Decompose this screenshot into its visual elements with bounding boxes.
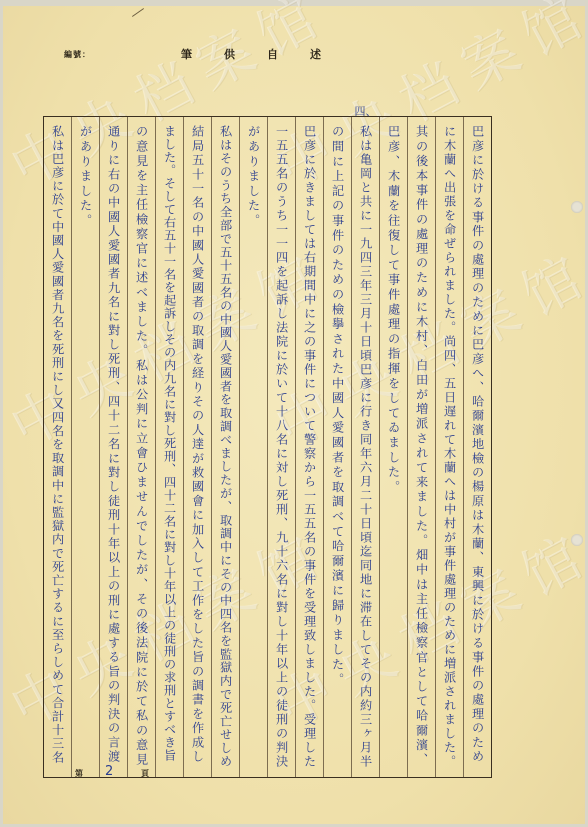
page-footer: 第 2 頁: [75, 768, 185, 779]
document-title: 筆 供 自 述: [181, 46, 321, 62]
handwritten-line: がありました。: [79, 125, 91, 229]
stray-pen-mark: [132, 8, 144, 17]
manuscript-column: 結局五十一名の中國人愛國者の取調を経りその人達が救國會に加入して工作をした旨の調…: [183, 117, 211, 777]
page-prefix: 第: [75, 768, 83, 778]
manuscript-column: 巴彦に於きましては右期間中に之の事件について警察から一五五名の事件を受理致しまし…: [295, 117, 323, 777]
title-char-2: 供: [224, 46, 235, 62]
manuscript-column: 一五五名のうち一一四を起訴し法院に於いて十八名に対し死刑、九十六名に對し十年以上…: [267, 117, 295, 777]
manuscript-column: 私は巴彦に於て中國人愛國者九名を死刑にし又四名を取調中に監獄内で死亡するに至らし…: [44, 117, 71, 777]
manuscript-column: の意見を主任檢察官に述べました。私は公判に立會ひませんでしたが、その後法院に於て…: [127, 117, 155, 777]
section-marker: 四、: [355, 103, 377, 119]
handwritten-line: の意見を主任檢察官に述べました。私は公判に立會ひませんでしたが、その後法院に於て…: [135, 125, 147, 767]
handwritten-line: 私は亀岡と共に一九四三年三月十日頃巴彦に行き同年六月二十日頃迄同地に滞在してその…: [359, 125, 371, 769]
handwritten-line: に木蘭へ出張を命ぜられました。尚四、五日遅れて木蘭へは中村が事件處理のために増派…: [443, 125, 455, 769]
binding-hole-bottom: [571, 534, 583, 546]
handwritten-line: 巴彦に於きましては右期間中に之の事件について警察から一五五名の事件を受理致しまし…: [303, 125, 315, 769]
manuscript-column: 通りに右の中國人愛國者九名に對し死刑、四十二名に對し徒刑十年以上の刑に處する旨の…: [99, 117, 127, 777]
binding-hole-top: [571, 201, 583, 213]
page-suffix: 頁: [141, 768, 149, 779]
handwritten-line: 巴彦、木蘭を往復して事件處理の指揮をしてゐました。: [387, 125, 399, 495]
handwritten-line: 其の後本事件の處理のために木村、白田が増派されて来ました。畑中は主任檢察官として…: [415, 125, 427, 767]
manuscript-column: 其の後本事件の處理のために木村、白田が増派されて来ました。畑中は主任檢察官として…: [407, 117, 435, 777]
handwritten-line: 私は巴彦に於て中國人愛國者九名を死刑にし又四名を取調中に監獄内で死亡するに至らし…: [51, 125, 63, 764]
title-char-3: 自: [267, 46, 278, 62]
manuscript-column: 四、私は亀岡と共に一九四三年三月十日頃巴彦に行き同年六月二十日頃迄同地に滞在して…: [351, 117, 379, 777]
manuscript-column: ました。そして右五十一名を起訴しその内九名に對し死刑、四十二名に對し十年以上の徒…: [155, 117, 183, 777]
manuscript-column: 巴彦に於ける事件の處理のために巴彦へ、哈爾濱地檢の楊原は木蘭、東興に於ける事件の…: [463, 117, 491, 777]
manuscript-column: がありました。: [239, 117, 267, 777]
manuscript-grid: 巴彦に於ける事件の處理のために巴彦へ、哈爾濱地檢の楊原は木蘭、東興に於ける事件の…: [43, 116, 492, 778]
handwritten-line: ました。そして右五十一名を起訴しその内九名に對し死刑、四十二名に對し十年以上の徒…: [163, 125, 175, 762]
title-char-1: 筆: [181, 46, 192, 62]
handwritten-line: 巴彦に於ける事件の處理のために巴彦へ、哈爾濱地檢の楊原は木蘭、東興に於ける事件の…: [471, 125, 483, 764]
manuscript-column: に木蘭へ出張を命ぜられました。尚四、五日遅れて木蘭へは中村が事件處理のために増派…: [435, 117, 463, 777]
manuscript-column: の間に上記の事件のための檢擧された中國人愛國者を取調べて哈爾濱に歸りました。: [323, 117, 351, 777]
manuscript-column: 私はそのうち全部で五十五名の中國人愛國者を取調べましたが、取調中にその中四名を監…: [211, 117, 239, 777]
document-page: 中央档案馆 中央档案馆 中央档案馆 中央档案馆 中央档案馆 中央档案馆 編號： …: [3, 6, 585, 824]
handwritten-line: 結局五十一名の中國人愛國者の取調を経りその人達が救國會に加入して工作をした旨の調…: [191, 125, 203, 764]
manuscript-column: がありました。: [71, 117, 99, 777]
handwritten-line: 通りに右の中國人愛國者九名に對し死刑、四十二名に對し徒刑十年以上の刑に處する旨の…: [107, 125, 119, 764]
handwritten-line: がありました。: [247, 125, 259, 229]
document-number-label: 編號：: [64, 49, 91, 60]
manuscript-column: 巴彦、木蘭を往復して事件處理の指揮をしてゐました。: [379, 117, 407, 777]
handwritten-line: 一五五名のうち一一四を起訴し法院に於いて十八名に対し死刑、九十六名に對し十年以上…: [275, 125, 287, 769]
handwritten-line: 私はそのうち全部で五十五名の中國人愛國者を取調べましたが、取調中にその中四名を監…: [219, 125, 231, 768]
handwritten-line: の間に上記の事件のための檢擧された中國人愛國者を取調べて哈爾濱に歸りました。: [331, 125, 343, 687]
title-char-4: 述: [310, 46, 321, 62]
page-number: 2: [105, 764, 113, 779]
